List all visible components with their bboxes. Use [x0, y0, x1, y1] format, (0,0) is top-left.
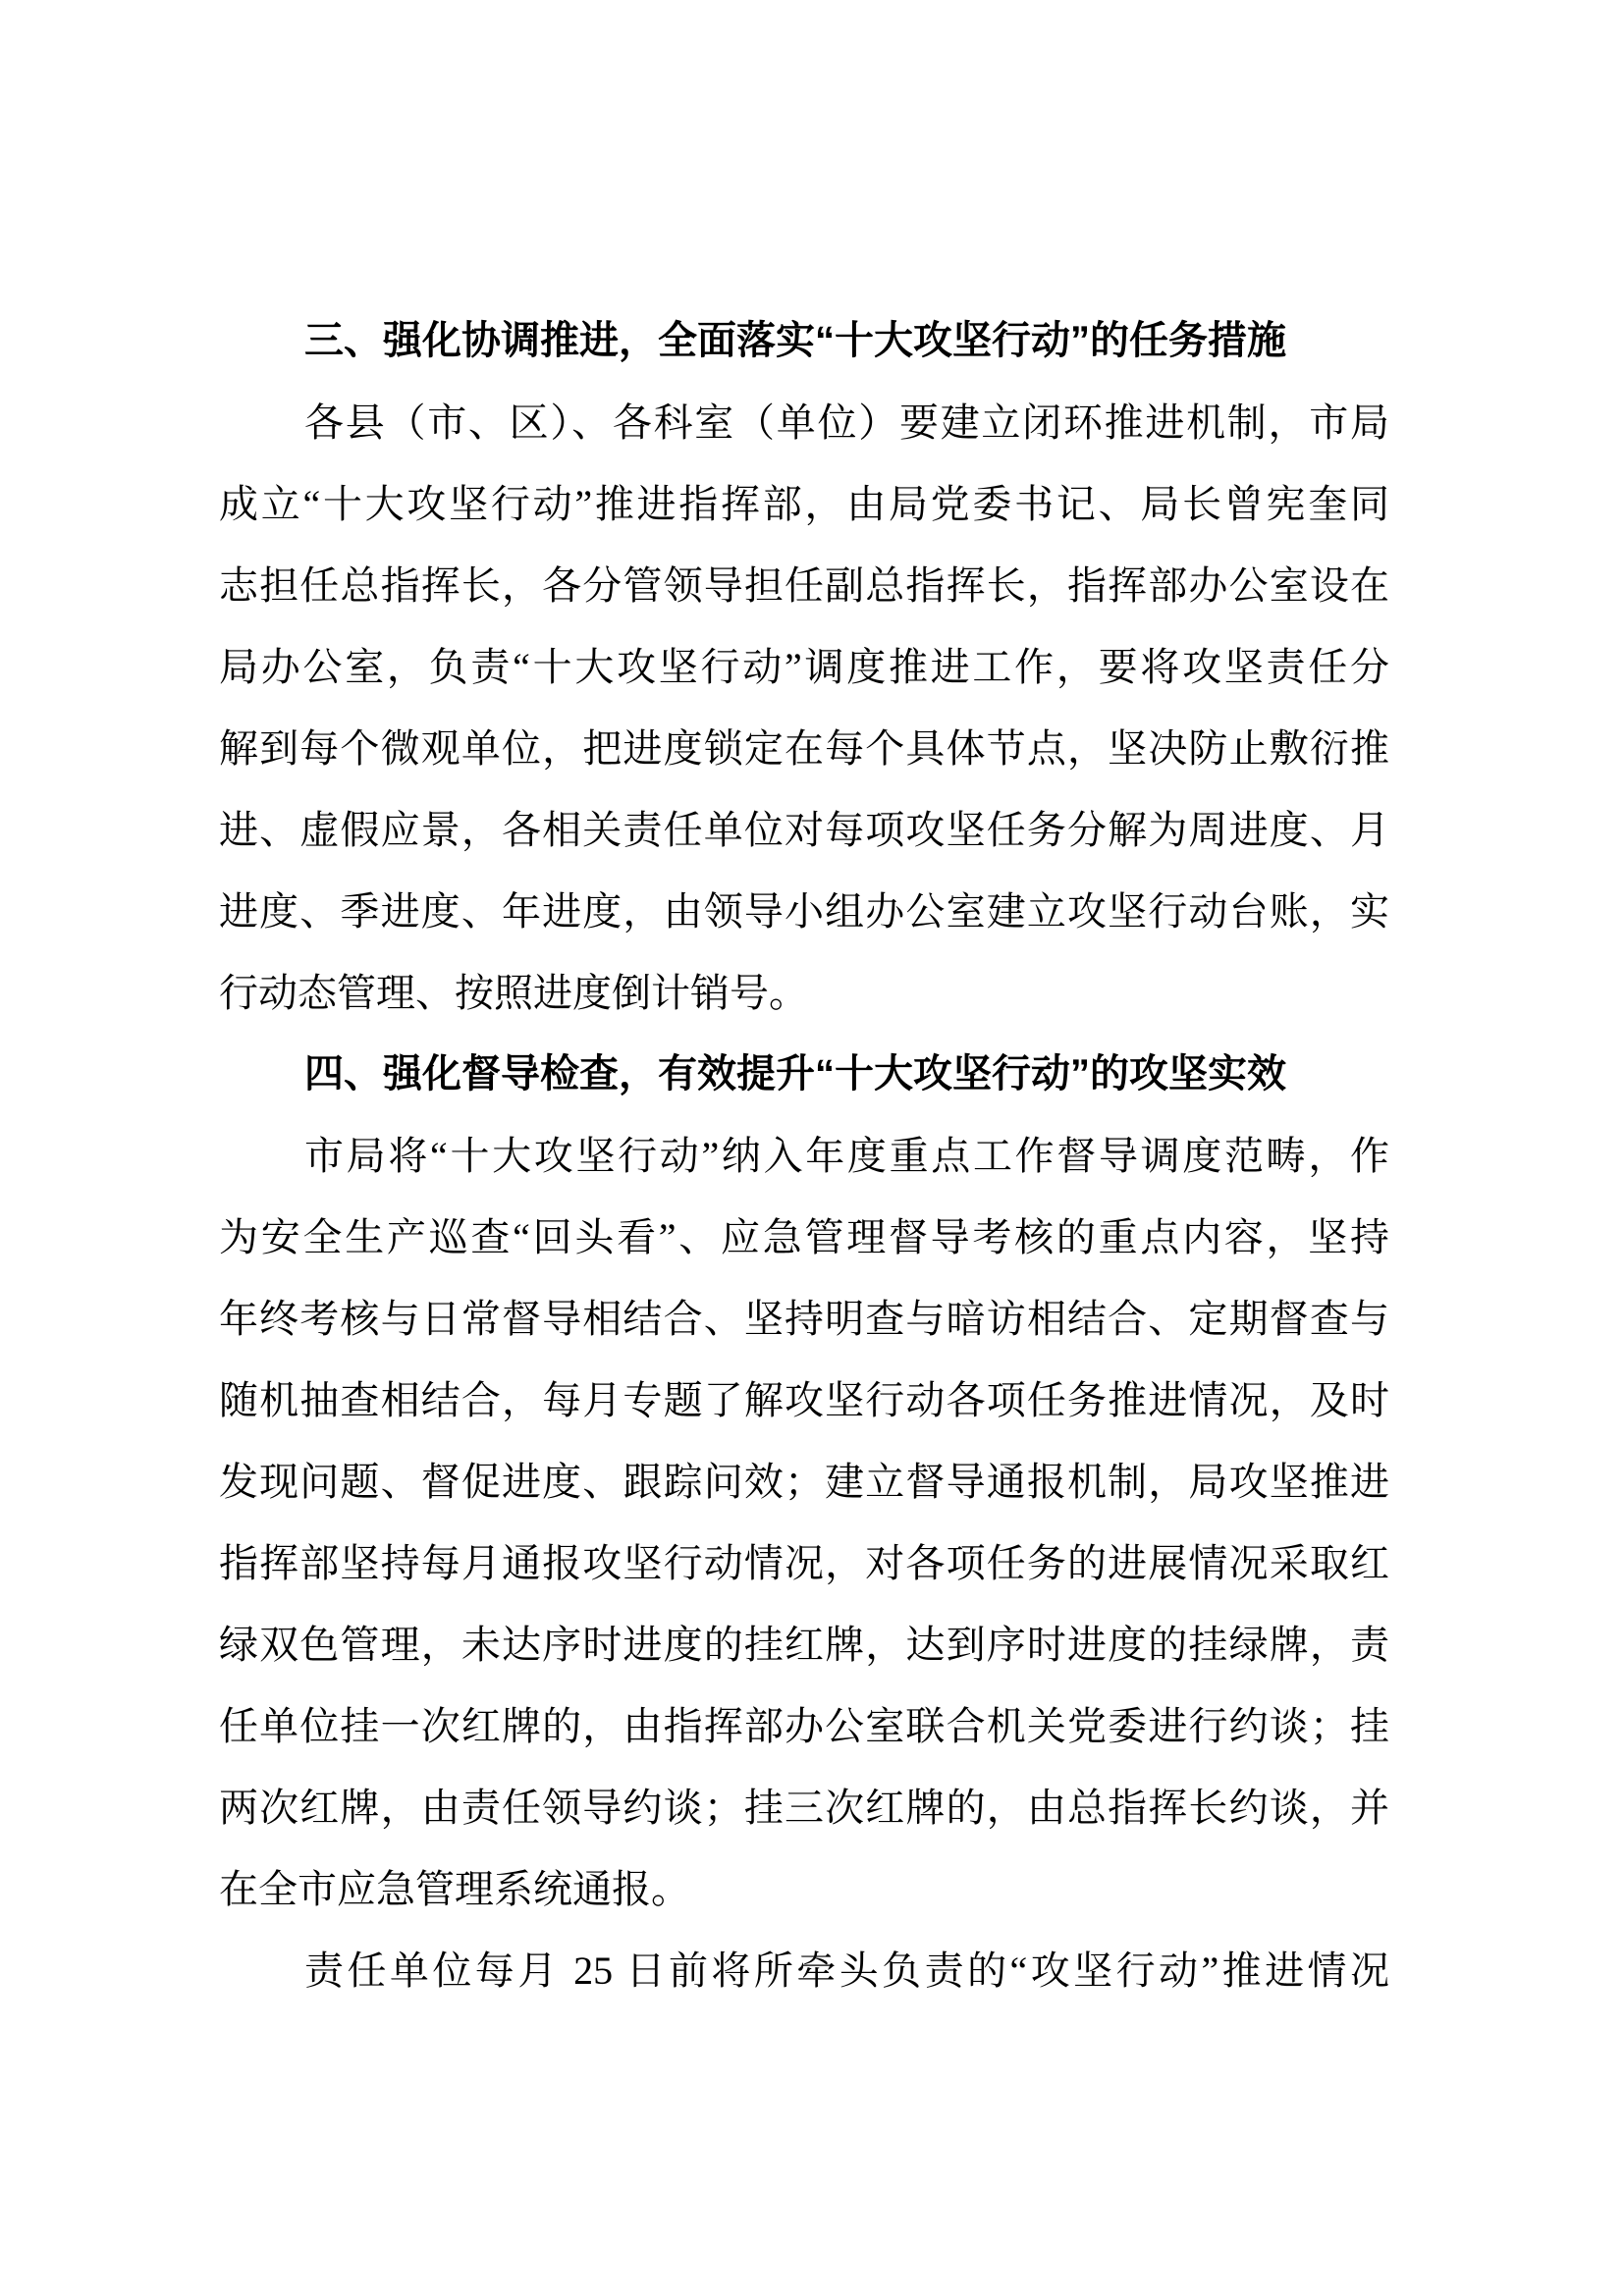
section-4-heading: 四、强化督导检查，有效提升“十大攻坚行动”的攻坚实效: [219, 1034, 1389, 1115]
text-line: 绿双色管理，未达序时进度的挂红牌，达到序时进度的挂绿牌，责: [219, 1604, 1389, 1685]
document-body: 三、强化协调推进，全面落实“十大攻坚行动”的任务措施 各县（市、区）、各科室（单…: [219, 300, 1389, 2011]
text-line: 两次红牌，由责任领导约谈；挂三次红牌的，由总指挥长约谈，并: [219, 1767, 1389, 1848]
text-line: 各县（市、区）、各科室（单位）要建立闭环推进机制，市局: [219, 382, 1389, 463]
text-line: 志担任总指挥长，各分管领导担任副总指挥长，指挥部办公室设在: [219, 545, 1389, 626]
text-line: 任单位挂一次红牌的，由指挥部办公室联合机关党委进行约谈；挂: [219, 1685, 1389, 1767]
text-line: 随机抽查相结合，每月专题了解攻坚行动各项任务推进情况，及时: [219, 1360, 1389, 1441]
text-line: 成立“十大攻坚行动”推进指挥部，由局党委书记、局长曾宪奎同: [219, 463, 1389, 545]
text-line: 发现问题、督促进度、跟踪问效；建立督导通报机制，局攻坚推进: [219, 1441, 1389, 1522]
text-line: 进度、季进度、年进度，由领导小组办公室建立攻坚行动台账，实: [219, 871, 1389, 952]
text-line: 局办公室，负责“十大攻坚行动”调度推进工作，要将攻坚责任分: [219, 626, 1389, 708]
text-line: 在全市应急管理系统通报。: [219, 1848, 1389, 1930]
closing-paragraph: 责任单位每月 25 日前将所牵头负责的“攻坚行动”推进情况: [219, 1930, 1389, 2011]
text-line: 责任单位每月 25 日前将所牵头负责的“攻坚行动”推进情况: [219, 1930, 1389, 2011]
document-page: 三、强化协调推进，全面落实“十大攻坚行动”的任务措施 各县（市、区）、各科室（单…: [0, 0, 1624, 2296]
text-line: 行动态管理、按照进度倒计销号。: [219, 952, 1389, 1034]
text-line: 为安全生产巡查“回头看”、应急管理督导考核的重点内容，坚持: [219, 1197, 1389, 1278]
section-3-paragraph: 各县（市、区）、各科室（单位）要建立闭环推进机制，市局 成立“十大攻坚行动”推进…: [219, 382, 1389, 1034]
section-3-heading: 三、强化协调推进，全面落实“十大攻坚行动”的任务措施: [219, 300, 1389, 382]
text-line: 进、虚假应景，各相关责任单位对每项攻坚任务分解为周进度、月: [219, 789, 1389, 871]
text-line: 指挥部坚持每月通报攻坚行动情况，对各项任务的进展情况采取红: [219, 1522, 1389, 1604]
text-line: 年终考核与日常督导相结合、坚持明查与暗访相结合、定期督查与: [219, 1278, 1389, 1360]
text-line: 解到每个微观单位，把进度锁定在每个具体节点，坚决防止敷衍推: [219, 708, 1389, 789]
section-4-paragraph: 市局将“十大攻坚行动”纳入年度重点工作督导调度范畴，作 为安全生产巡查“回头看”…: [219, 1115, 1389, 1930]
text-line: 市局将“十大攻坚行动”纳入年度重点工作督导调度范畴，作: [219, 1115, 1389, 1197]
